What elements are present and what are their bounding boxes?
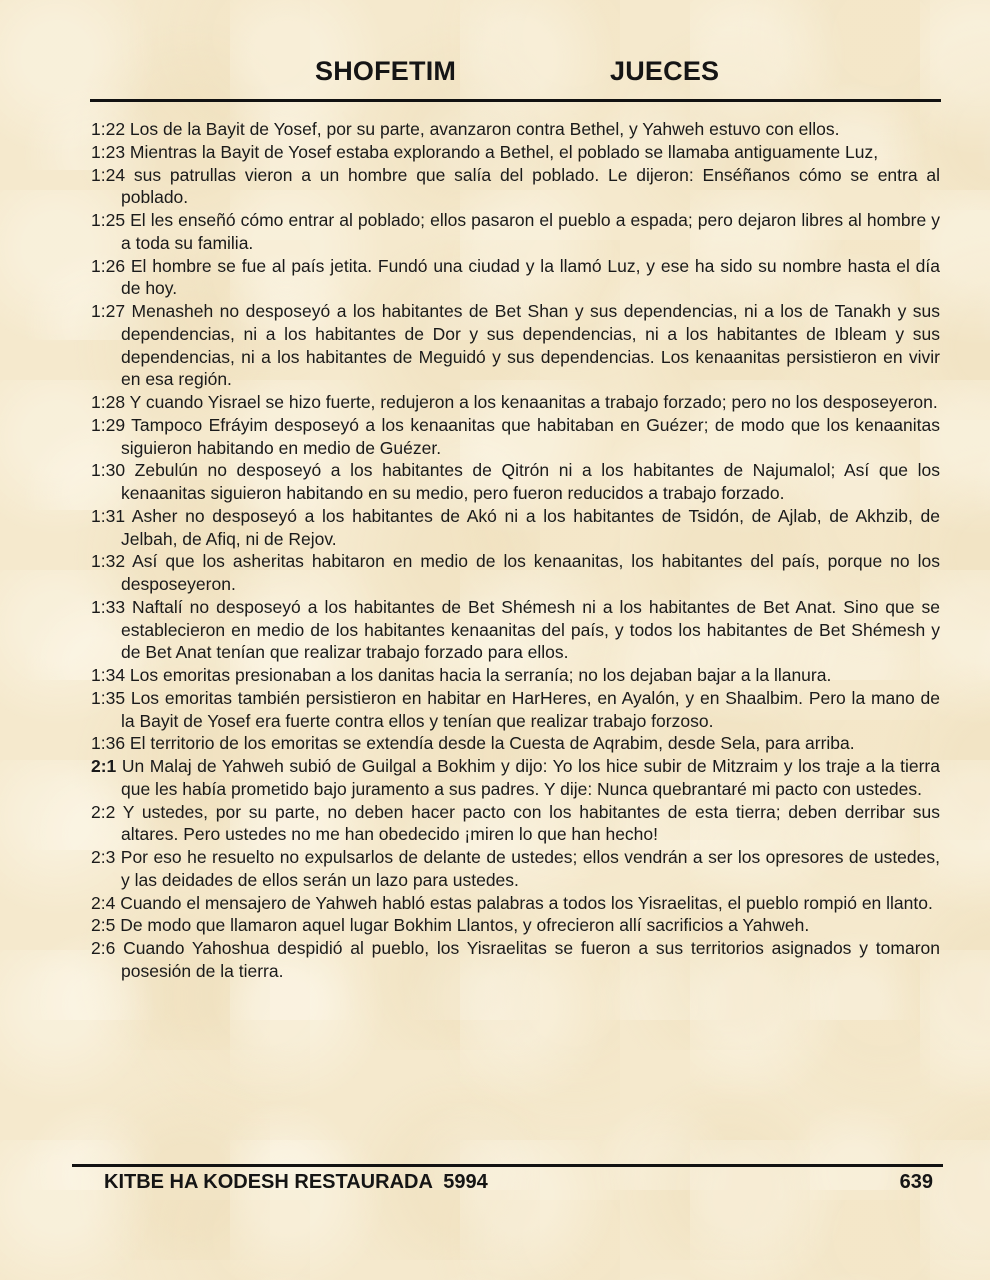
verse: 1:24 sus patrullas vieron a un hombre qu… xyxy=(91,164,940,210)
verse: 1:30 Zebulún no desposeyó a los habitant… xyxy=(91,459,940,505)
verse-number: 1:24 xyxy=(91,165,125,185)
page-footer: KITBE HA KODESH RESTAURADA 5994 639 xyxy=(72,1171,943,1194)
verse-number: 1:33 xyxy=(91,597,125,617)
verse-text: El territorio de los emoritas se extendí… xyxy=(125,733,855,753)
verse-number: 1:35 xyxy=(91,688,125,708)
verse: 1:27 Menasheh no desposeyó a los habitan… xyxy=(91,300,940,391)
verse-number: 1:34 xyxy=(91,665,125,685)
verse-number: 1:23 xyxy=(91,142,125,162)
scripture-page: SHOFETIM JUECES 1:22 Los de la Bayit de … xyxy=(0,0,990,1280)
verse-text: Y ustedes, por su parte, no deben hacer … xyxy=(115,802,940,845)
verse-number: 1:27 xyxy=(91,301,125,321)
verse-number: 1:22 xyxy=(91,119,125,139)
verse: 1:26 El hombre se fue al país jetita. Fu… xyxy=(91,255,940,301)
verse: 1:32 Así que los asheritas habitaron en … xyxy=(91,550,940,596)
verse-text: Zebulún no desposeyó a los habitantes de… xyxy=(121,460,940,503)
verse: 1:34 Los emoritas presionaban a los dani… xyxy=(91,664,940,687)
verse-text: El les enseñó cómo entrar al poblado; el… xyxy=(121,210,940,253)
verse-text: Mientras la Bayit de Yosef estaba explor… xyxy=(125,142,878,162)
verse-number: 1:30 xyxy=(91,460,125,480)
verse-text: De modo que llamaron aquel lugar Bokhim … xyxy=(115,915,809,935)
verse-text: Los de la Bayit de Yosef, por su parte, … xyxy=(125,119,839,139)
verse-text: Un Malaj de Yahweh subió de Guilgal a Bo… xyxy=(116,756,940,799)
verse-number: 1:31 xyxy=(91,506,125,526)
verse-text: sus patrullas vieron a un hombre que sal… xyxy=(121,165,940,208)
verse-list: 1:22 Los de la Bayit de Yosef, por su pa… xyxy=(91,118,940,983)
verse-number: 1:32 xyxy=(91,551,125,571)
page-header: SHOFETIM JUECES xyxy=(91,56,940,90)
verse-number: 2:5 xyxy=(91,915,115,935)
verse: 1:28 Y cuando Yisrael se hizo fuerte, re… xyxy=(91,391,940,414)
verse: 1:25 El les enseñó cómo entrar al poblad… xyxy=(91,209,940,255)
verse-number: 2:3 xyxy=(91,847,115,867)
verse-text: Cuando Yahoshua despidió al pueblo, los … xyxy=(115,938,940,981)
verse: 2:2 Y ustedes, por su parte, no deben ha… xyxy=(91,801,940,847)
verse: 1:33 Naftalí no desposeyó a los habitant… xyxy=(91,596,940,664)
verse: 1:31 Asher no desposeyó a los habitantes… xyxy=(91,505,940,551)
verse-text: Menasheh no desposeyó a los habitantes d… xyxy=(121,301,940,389)
page-number: 639 xyxy=(900,1171,933,1194)
verse-number: 1:29 xyxy=(91,415,125,435)
footer-rule xyxy=(72,1164,943,1167)
verse: 2:5 De modo que llamaron aquel lugar Bok… xyxy=(91,914,940,937)
verse-text: Y cuando Yisrael se hizo fuerte, redujer… xyxy=(125,392,938,412)
verse-number: 2:2 xyxy=(91,802,115,822)
edition-title: KITBE HA KODESH RESTAURADA 5994 xyxy=(104,1171,488,1194)
verse: 1:29 Tampoco Efráyim desposeyó a los ken… xyxy=(91,414,940,460)
verse: 2:3 Por eso he resuelto no expulsarlos d… xyxy=(91,846,940,892)
verse-text: Cuando el mensajero de Yahweh habló esta… xyxy=(115,893,933,913)
verse-number: 1:36 xyxy=(91,733,125,753)
verse-text: El hombre se fue al país jetita. Fundó u… xyxy=(121,256,940,299)
verse-text: Por eso he resuelto no expulsarlos de de… xyxy=(115,847,940,890)
verse: 2:4 Cuando el mensajero de Yahweh habló … xyxy=(91,892,940,915)
header-rule xyxy=(90,99,941,102)
verse-number: 2:1 xyxy=(91,756,116,776)
verse: 1:23 Mientras la Bayit de Yosef estaba e… xyxy=(91,141,940,164)
verse-text: Los emoritas presionaban a los danitas h… xyxy=(125,665,831,685)
verse-number: 1:26 xyxy=(91,256,125,276)
verse: 1:36 El territorio de los emoritas se ex… xyxy=(91,732,940,755)
book-title-hebrew: SHOFETIM xyxy=(315,56,456,87)
verse-text: Asher no desposeyó a los habitantes de A… xyxy=(121,506,940,549)
verse-text: Naftalí no desposeyó a los habitantes de… xyxy=(121,597,940,663)
verse-text: Tampoco Efráyim desposeyó a los kenaanit… xyxy=(121,415,940,458)
verse: 2:6 Cuando Yahoshua despidió al pueblo, … xyxy=(91,937,940,983)
verse-number: 1:28 xyxy=(91,392,125,412)
verse-text: Así que los asheritas habitaron en medio… xyxy=(121,551,940,594)
verse-number: 2:6 xyxy=(91,938,115,958)
book-title-spanish: JUECES xyxy=(610,56,719,87)
verse-number: 1:25 xyxy=(91,210,125,230)
verse-number: 2:4 xyxy=(91,893,115,913)
verse: 2:1 Un Malaj de Yahweh subió de Guilgal … xyxy=(91,755,940,801)
verse: 1:35 Los emoritas también persistieron e… xyxy=(91,687,940,733)
verse-text: Los emoritas también persistieron en hab… xyxy=(121,688,940,731)
verse: 1:22 Los de la Bayit de Yosef, por su pa… xyxy=(91,118,940,141)
